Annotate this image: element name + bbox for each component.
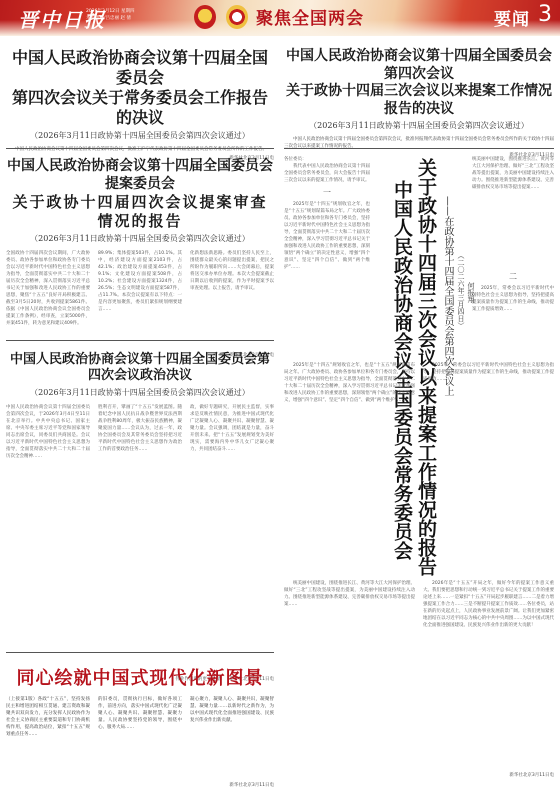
section-name: 要闻 — [494, 5, 530, 30]
body-column-3: 化新想法新思路。委员们坚持人民至上，围绕群众最关心的问题提出提案，把民之所盼作为… — [190, 250, 274, 350]
article-standing-committee-resolution: 中国人民政治协商会议第十四届全国委员会 第四次会议关于常务委员会工作报告的决议 … — [6, 48, 274, 161]
section-marker-2: 二 — [472, 271, 554, 282]
article-subtitle: （2026年3月11日政协第十四届全国委员会第四次会议通过） — [284, 120, 554, 131]
headline-line2: 关于政协十四届四次会议提案审查情况的报告 — [6, 193, 274, 231]
article-proposal-work-resolution: 中国人民政治协商会议第十四届全国委员会第四次会议 关于政协十四届三次会议以来提案… — [284, 48, 554, 158]
issue-meta: 2026年3月12日 星期四 本版责编/吕忠丽 赵 倩 — [86, 8, 134, 22]
headline-line1: 中国人民政治协商会议第十四届全国委员会第四次会议 — [284, 48, 554, 83]
body-column-1: 全国政协十四届四次会议期间，广大政协委员、政协各参加单位和政协各专门委员会以习近… — [6, 250, 90, 350]
divider — [6, 148, 274, 149]
body-column-2: 的旧委员，贯彻执行目标，做好各项工作，前进方向，落实中国式现代化广泛凝聚人心、凝… — [98, 696, 182, 780]
section-marker-1: 一 — [284, 187, 370, 198]
section1-continued: 2025年是“十四五”规划收官之年，也是“十五五”规划谋篇布局之年。广大政协委员… — [284, 362, 415, 572]
body-column-2: 胜利召开，擘画了“十五五”发展蓝图。随着纪念中国人民抗日战争暨世界反法西斯战争胜… — [98, 404, 182, 674]
intro-paragraph: 我代表中国人民政治协商会议第十四届全国委员会常务委员会，向大会报告十四届三次会议… — [284, 163, 370, 184]
national-emblem-icon — [194, 5, 216, 29]
body-column-3: 政，做好专题研究，开展民主监督，实事求是反映社情民意，为推进中国式现代化广泛凝聚… — [190, 404, 274, 674]
divider — [284, 148, 554, 149]
article-subtitle: （2026年3月11日政协第十四届全国委员会第四次会议通过） — [6, 233, 274, 244]
body-column-2: 89.9%；集体提案503件，占10.1%。其中，经济建设方面提案2103件，占… — [98, 250, 182, 350]
headline: 中国人民政治协商会议第十四届全国委员会第四次会议政治决议 — [6, 352, 274, 385]
right-top-text: 统美丽中国建设，围绕推进长江、黄河等大江大河保护治理、做好“三北”工程攻坚战等提… — [472, 156, 554, 268]
focus-title: 聚焦全国两会 — [256, 4, 364, 29]
closing-text: 2026年是“十五五”开局之年，做好今年的提案工作意义重大。我们要把思想和行动统… — [423, 580, 554, 770]
commentary-headline: 同心绘就中国式现代化新图景 — [6, 664, 274, 690]
article-political-resolution: 中国人民政治协商会议第十四届全国委员会第四次会议政治决议 （2026年3月11日… — [6, 352, 274, 682]
editor-line: 本版责编/吕忠丽 赵 倩 — [86, 15, 134, 22]
cppcc-emblem-icon — [226, 5, 248, 29]
headline-line2: 关于政协十四届三次会议以来提案工作情况报告的决议 — [284, 83, 554, 118]
section2-detail: 统美丽中国建设，围绕推进长江、黄河等大江大河保护治理、做好“三北”工程攻坚战等提… — [284, 580, 415, 770]
article-subtitle: （2026年3月11日政协第十四届全国委员会第四次会议通过） — [6, 387, 274, 398]
article-subtitle: （2026年3月11日政协第十四届全国委员会第四次会议通过） — [6, 130, 274, 141]
headline-line2: 第四次会议关于常务委员会工作报告的决议 — [6, 88, 274, 128]
body-column-3: 凝心聚力，凝聚人心、凝聚共识，凝聚智慧、凝聚力量……以新时代之新作为，为以中国式… — [190, 696, 274, 780]
article-byline: 新华社北京3月11日电 — [6, 782, 274, 788]
article-byline: 新华社北京3月11日电 — [284, 772, 554, 778]
body-column-1: （上接第1版）各政“十五五”，坚持发扬民主和增进团结相互贯通、建言资政和凝聚共识… — [6, 696, 90, 780]
article-commentary: 同心绘就中国式现代化新图景 （上接第1版）各政“十五五”，坚持发扬民主和增进团结… — [6, 664, 274, 788]
vertical-date: （二〇二六年三月四日） — [456, 252, 466, 329]
section1-text: 2025年是“十四五”规划收官之年，也是“十五五”规划谋篇布局之年。广大政协委员… — [284, 201, 370, 357]
page-number: 3 — [538, 2, 552, 27]
headline-line1: 中国人民政治协商会议第十四届全国委员会提案委员会 — [6, 158, 274, 193]
salutation: 各位委员： — [284, 156, 370, 163]
issue-date: 2026年3月12日 星期四 — [86, 8, 134, 15]
divider — [6, 652, 274, 653]
divider — [6, 340, 274, 341]
section2-continued: 2025年，常委会以习近平新时代中国特色社会主义思想为指导，坚持把提高提案质量作… — [423, 362, 554, 572]
section2-text: 2025年，常委会以习近平新时代中国特色社会主义思想为指导，坚持把提高提案质量作… — [472, 285, 554, 365]
article-proposal-review-report: 中国人民政治协商会议第十四届全国委员会提案委员会 关于政协十四届四次会议提案审查… — [6, 158, 274, 358]
masthead-banner: 晋中日报 2026年3月12日 星期四 本版责编/吕忠丽 赵 倩 聚焦全国两会 … — [0, 0, 560, 36]
article-proposal-work-report: 各位委员： 我代表中国人民政治协商会议第十四届全国委员会常务委员会，向大会报告十… — [284, 156, 554, 782]
body-column-1: 中国人民政治协商会议第十四届全国委员会第四次会议，于2026年3月4日至11日在… — [6, 404, 90, 674]
headline-line1: 中国人民政治协商会议第十四届全国委员会 — [6, 48, 274, 88]
